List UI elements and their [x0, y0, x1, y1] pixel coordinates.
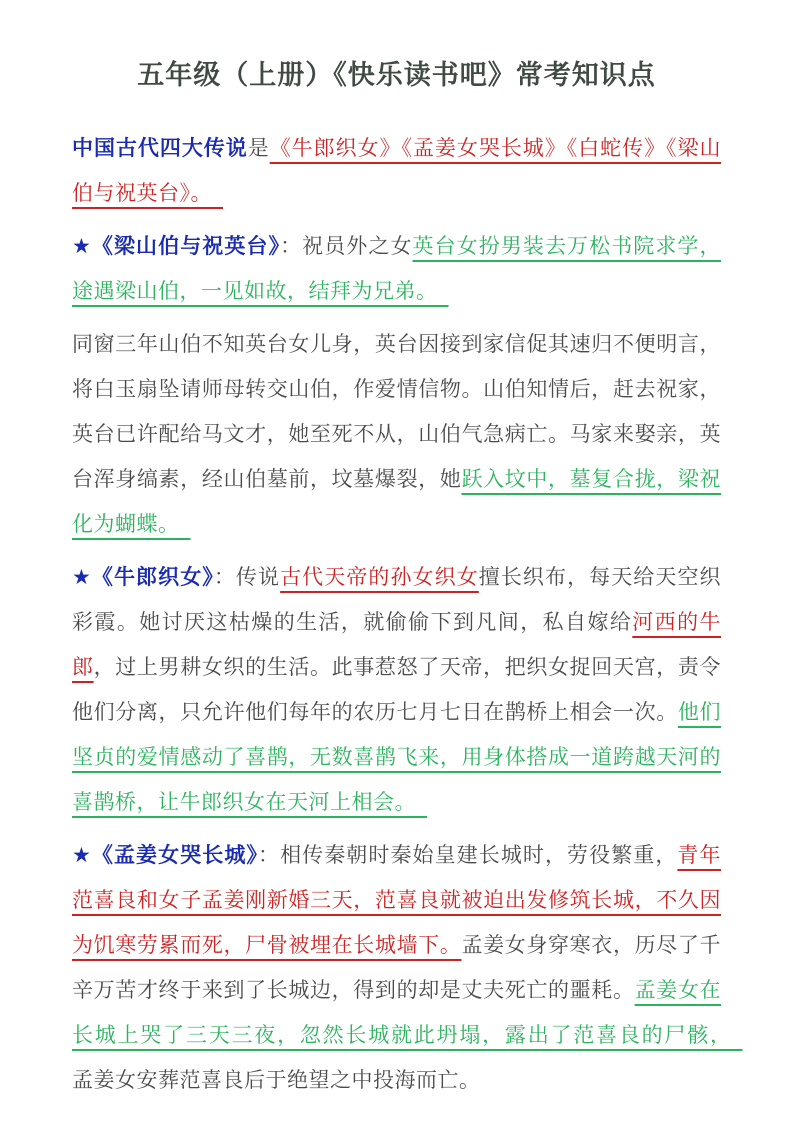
text-run-blue-bold: 中国古代四大传说: [72, 137, 248, 160]
text-run-plain: ，过上男耕女织的生活。此事惹怒了天帝，把织女捉回天宫，责令他们分离，只允许他们每…: [72, 656, 721, 724]
text-run-plain: 孟姜女安葬范喜良后于绝望之中投海而亡。: [72, 1069, 481, 1092]
text-run-blue-bold: ★《牛郎织女》: [72, 566, 214, 589]
document-page: 五年级（上册）《快乐读书吧》常考知识点 中国古代四大传说是《牛郎织女》《孟姜女哭…: [0, 0, 793, 1122]
text-run-blue-bold: ★《孟姜女哭长城》: [72, 844, 258, 867]
paragraph-four-legends-intro: 中国古代四大传说是《牛郎织女》《孟姜女哭长城》《白蛇传》《梁山伯与祝英台》。: [72, 126, 721, 216]
text-run-red-underline: 古代天帝的孙女织女: [280, 566, 479, 589]
paragraph-mengjiangnv: ★《孟姜女哭长城》：相传秦朝时秦始皇建长城时，劳役繁重，青年范喜良和女子孟姜刚新…: [72, 833, 721, 1103]
text-run-plain: ：传说: [214, 566, 280, 589]
text-run-plain: ：祝员外之女: [280, 235, 412, 258]
text-run-blue-bold: ★《梁山伯与祝英台》: [72, 235, 280, 258]
paragraph-liang-zhu-story: 同窗三年山伯不知英台女儿身，英台因接到家信促其速归不便明言，将白玉扇坠请师母转交…: [72, 322, 721, 547]
text-run-plain: ：相传秦朝时秦始皇建长城时，劳役繁重，: [258, 844, 677, 867]
paragraph-niulang-zhinv: ★《牛郎织女》：传说古代天帝的孙女织女擅长织布，每天给天空织彩霞。她讨厌这枯燥的…: [72, 555, 721, 825]
text-run-plain: 是: [248, 137, 270, 160]
page-title: 五年级（上册）《快乐读书吧》常考知识点: [72, 54, 721, 96]
document-body: 中国古代四大传说是《牛郎织女》《孟姜女哭长城》《白蛇传》《梁山伯与祝英台》。 ★…: [72, 126, 721, 1103]
paragraph-liang-zhu-intro: ★《梁山伯与祝英台》：祝员外之女英台女扮男装去万松书院求学，途遇梁山伯，一见如故…: [72, 224, 721, 314]
